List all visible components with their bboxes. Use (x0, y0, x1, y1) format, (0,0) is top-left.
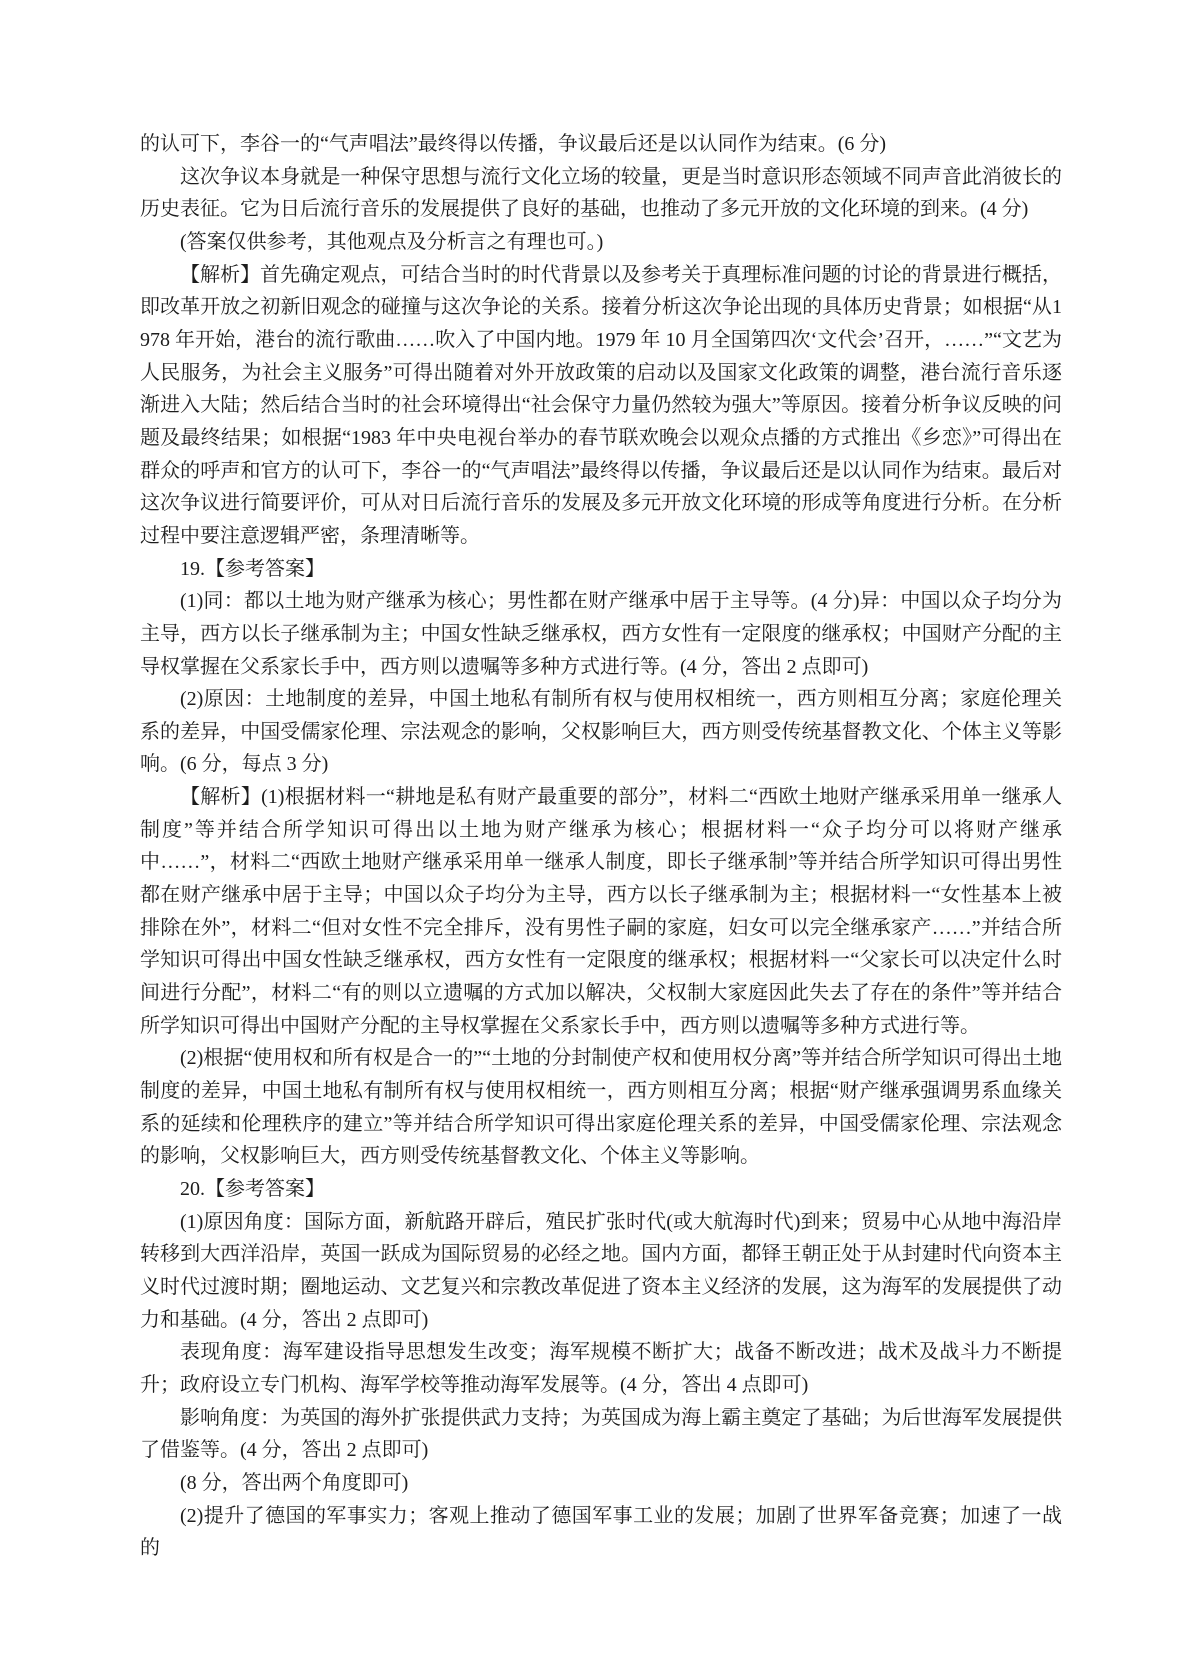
answer-20-influence-paragraph: 影响角度：为英国的海外扩张提供武力支持；为英国成为海上霸主奠定了基础；为后世海军… (140, 1402, 1062, 1467)
answer-key-text-block: 的认可下，李谷一的“气声唱法”最终得以传播，争议最后还是以认同作为结束。(6 分… (140, 128, 1062, 1565)
analysis-19-part2-paragraph: (2)根据“使用权和所有权是合一的”“土地的分封制使产权和使用权分离”等并结合所… (140, 1042, 1062, 1173)
analysis-18-paragraph: 【解析】首先确定观点，可结合当时的时代背景以及参考关于真理标准问题的讨论的背景进… (140, 259, 1062, 553)
answer-20-heading: 20.【参考答案】 (140, 1173, 1062, 1206)
document-page: 的认可下，李谷一的“气声唱法”最终得以传播，争议最后还是以认同作为结束。(6 分… (0, 0, 1200, 1672)
answer-19-part1-paragraph: (1)同：都以土地为财产继承为核心；男性都在财产继承中居于主导等。(4 分)异：… (140, 585, 1062, 683)
answer-20-part2-paragraph: (2)提升了德国的军事实力；客观上推动了德国军事工业的发展；加剧了世界军备竞赛；… (140, 1500, 1062, 1565)
answer-19-heading: 19.【参考答案】 (140, 553, 1062, 586)
answer-19-part2-paragraph: (2)原因：土地制度的差异，中国土地私有制所有权与使用权相统一，西方则相互分离；… (140, 683, 1062, 781)
analysis-19-part1-paragraph: 【解析】(1)根据材料一“耕地是私有财产最重要的部分”，材料二“西欧土地财产继承… (140, 781, 1062, 1042)
answer-20-reason-paragraph: (1)原因角度：国际方面，新航路开辟后，殖民扩张时代(或大航海时代)到来；贸易中… (140, 1206, 1062, 1337)
answer-18-note-paragraph: (答案仅供参考，其他观点及分析言之有理也可。) (140, 226, 1062, 259)
answer-18-evaluation-paragraph: 这次争议本身就是一种保守思想与流行文化立场的较量，更是当时意识形态领域不同声音此… (140, 161, 1062, 226)
answer-20-score-note-paragraph: (8 分，答出两个角度即可) (140, 1467, 1062, 1500)
answer-20-manifestation-paragraph: 表现角度：海军建设指导思想发生改变；海军规模不断扩大；战备不断改进；战术及战斗力… (140, 1336, 1062, 1401)
answer-18-continuation-paragraph: 的认可下，李谷一的“气声唱法”最终得以传播，争议最后还是以认同作为结束。(6 分… (140, 128, 1062, 161)
